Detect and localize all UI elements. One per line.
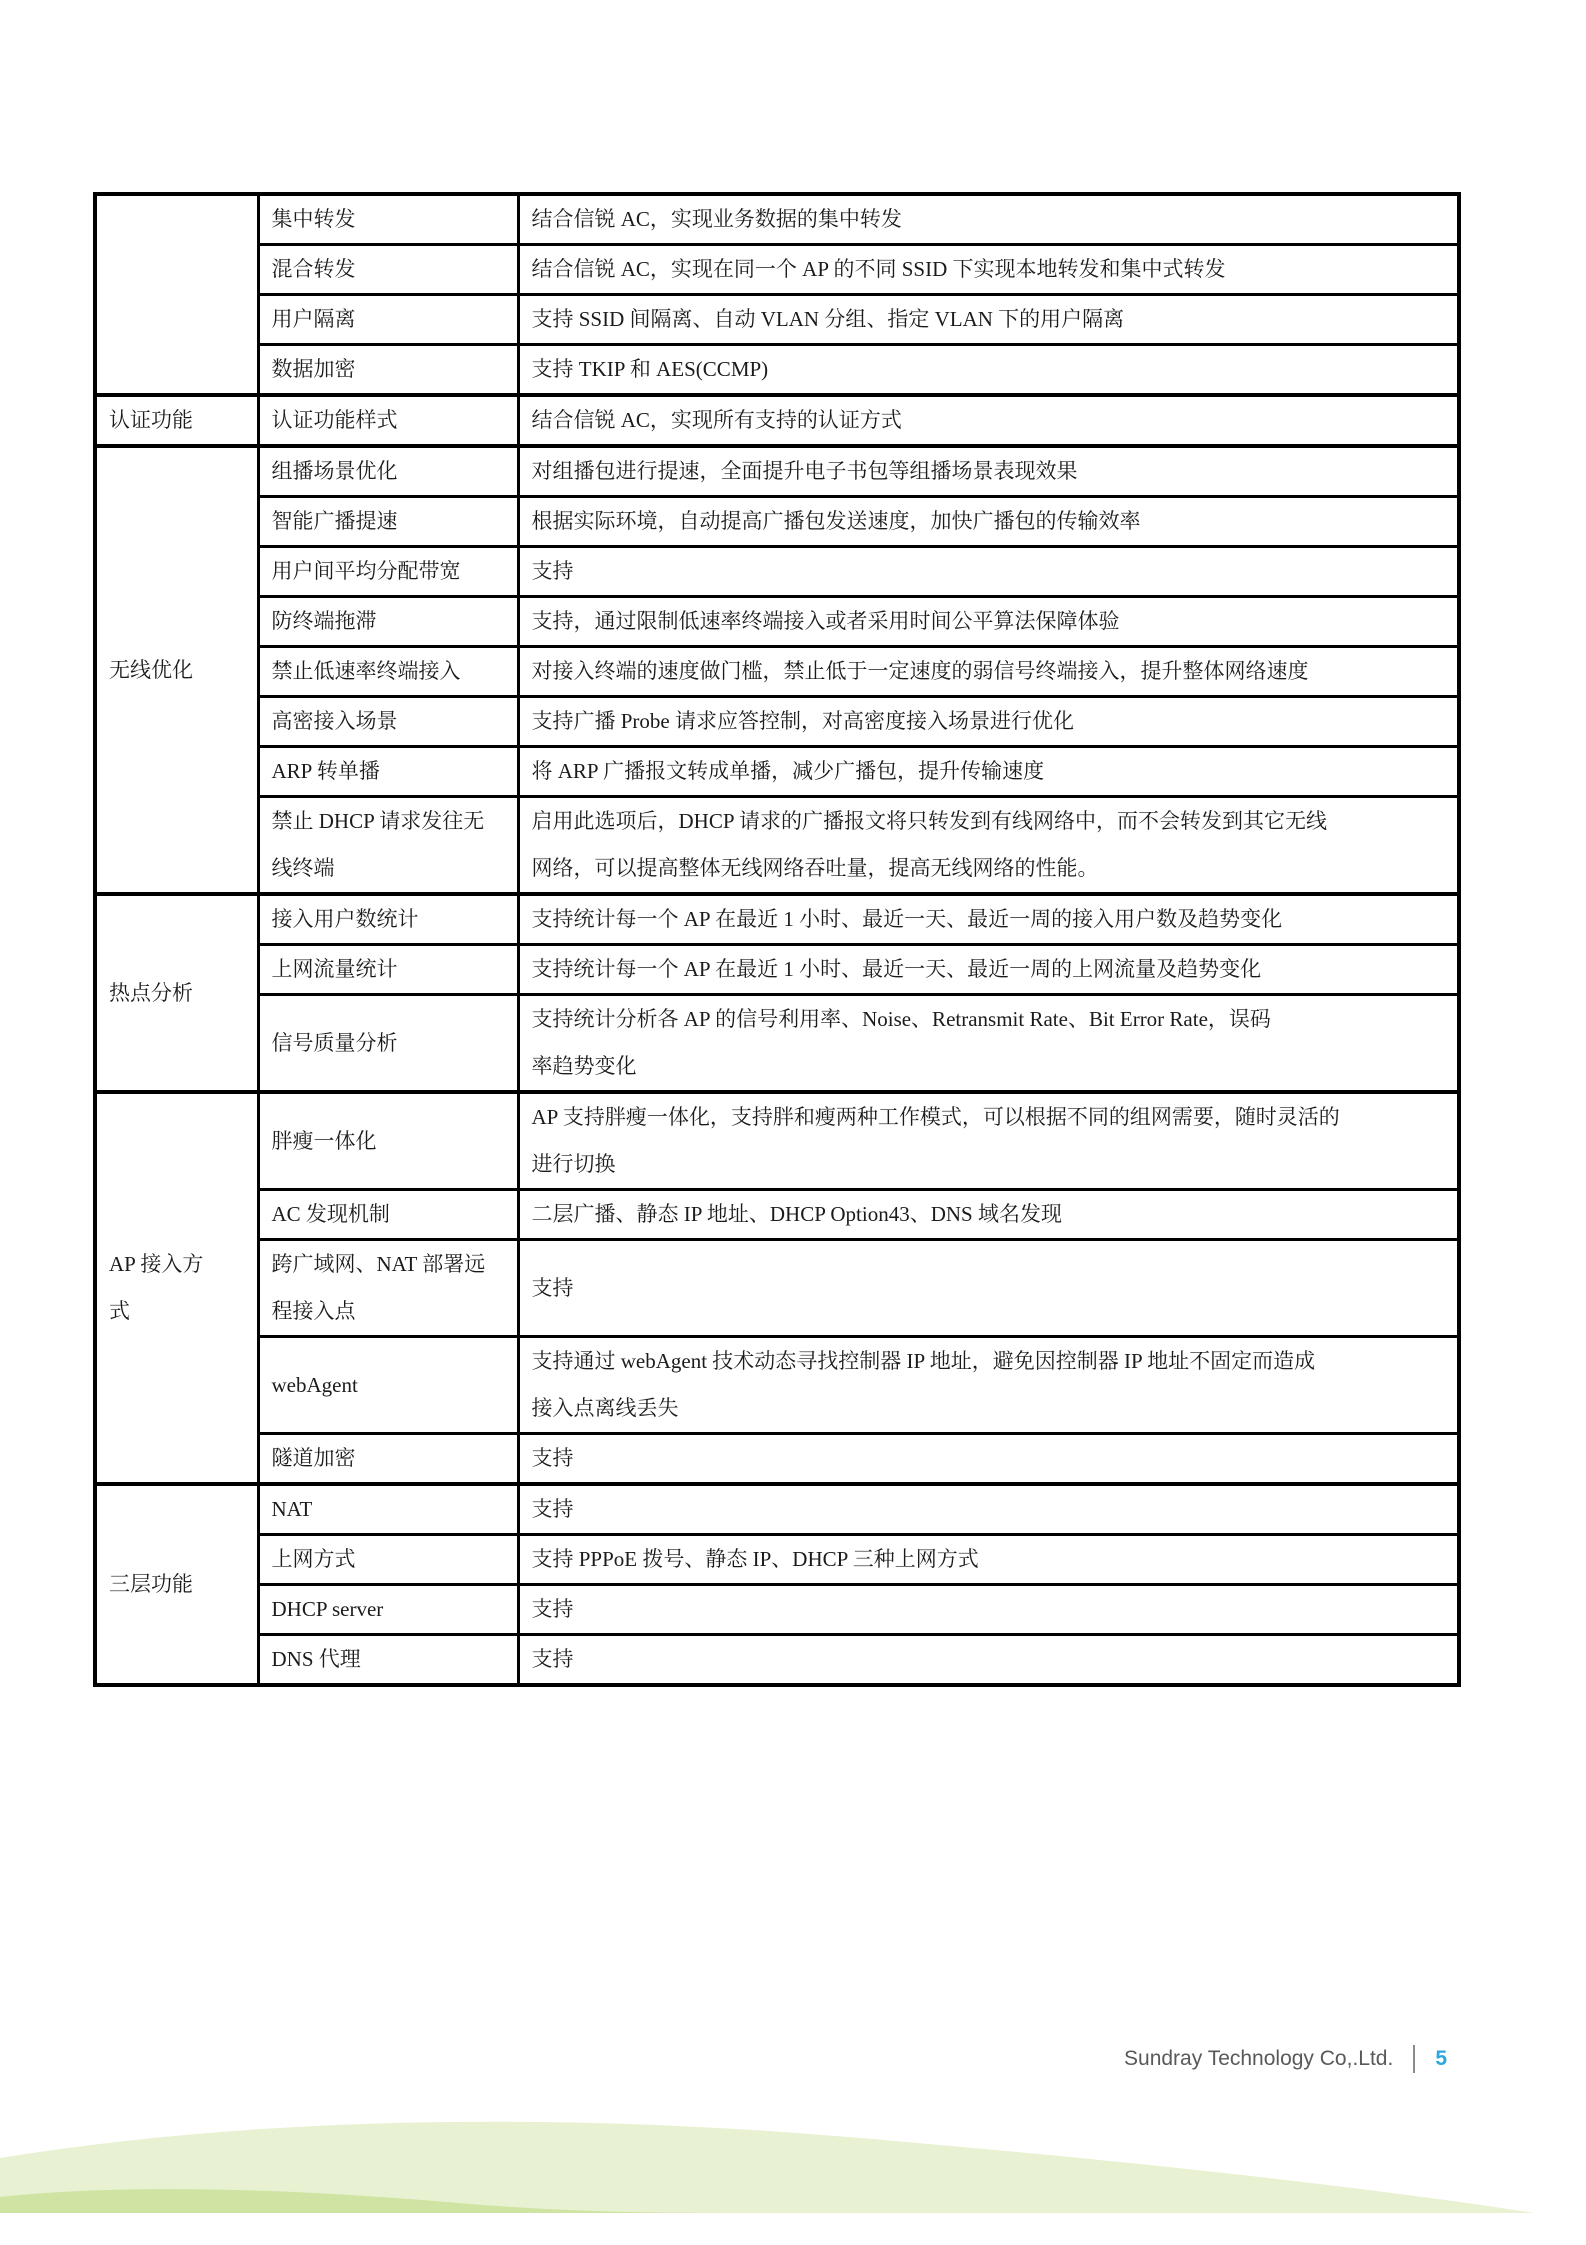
table-row: 禁止低速率终端接入对接入终端的速度做门槛，禁止低于一定速度的弱信号终端接入，提升…: [95, 647, 1459, 697]
table-section: 热点分析接入用户数统计支持统计每一个 AP 在最近 1 小时、最近一天、最近一周…: [95, 894, 1459, 1092]
category-cell: 热点分析: [95, 894, 258, 1092]
table-row: webAgent支持通过 webAgent 技术动态寻找控制器 IP 地址，避免…: [95, 1337, 1459, 1434]
description-cell: 启用此选项后，DHCP 请求的广播报文将只转发到有线网络中，而不会转发到其它无线…: [518, 797, 1459, 895]
table-row: 防终端拖滞支持，通过限制低速率终端接入或者采用时间公平算法保障体验: [95, 597, 1459, 647]
table-row: 上网流量统计支持统计每一个 AP 在最近 1 小时、最近一天、最近一周的上网流量…: [95, 945, 1459, 995]
bottom-wave-decoration: [0, 2100, 1586, 2245]
feature-cell: DHCP server: [258, 1585, 518, 1635]
company-name: Sundray Technology Co,.Ltd.: [1124, 2047, 1393, 2071]
feature-cell: 集中转发: [258, 194, 518, 245]
feature-cell: 智能广播提速: [258, 497, 518, 547]
description-cell: 支持统计每一个 AP 在最近 1 小时、最近一天、最近一周的上网流量及趋势变化: [518, 945, 1459, 995]
description-cell: 支持: [518, 1434, 1459, 1485]
table-row: 数据加密支持 TKIP 和 AES(CCMP): [95, 345, 1459, 396]
table-row: 集中转发结合信锐 AC，实现业务数据的集中转发: [95, 194, 1459, 245]
table-row: 高密接入场景支持广播 Probe 请求应答控制，对高密度接入场景进行优化: [95, 697, 1459, 747]
table-row: 混合转发结合信锐 AC，实现在同一个 AP 的不同 SSID 下实现本地转发和集…: [95, 245, 1459, 295]
table-row: 信号质量分析支持统计分析各 AP 的信号利用率、Noise、Retransmit…: [95, 995, 1459, 1093]
feature-cell: 用户隔离: [258, 295, 518, 345]
table-row: 跨广域网、NAT 部署远 程接入点支持: [95, 1240, 1459, 1337]
feature-cell: 上网流量统计: [258, 945, 518, 995]
table-row: 禁止 DHCP 请求发往无 线终端启用此选项后，DHCP 请求的广播报文将只转发…: [95, 797, 1459, 895]
description-cell: 结合信锐 AC，实现业务数据的集中转发: [518, 194, 1459, 245]
document-page: 集中转发结合信锐 AC，实现业务数据的集中转发混合转发结合信锐 AC，实现在同一…: [0, 0, 1586, 2245]
feature-cell: 混合转发: [258, 245, 518, 295]
table-section: 集中转发结合信锐 AC，实现业务数据的集中转发混合转发结合信锐 AC，实现在同一…: [95, 194, 1459, 395]
table-row: DHCP server支持: [95, 1585, 1459, 1635]
feature-cell: 隧道加密: [258, 1434, 518, 1485]
table-section: AP 接入方 式胖瘦一体化AP 支持胖瘦一体化，支持胖和瘦两种工作模式，可以根据…: [95, 1092, 1459, 1484]
description-cell: 支持 TKIP 和 AES(CCMP): [518, 345, 1459, 396]
description-cell: 支持: [518, 1240, 1459, 1337]
feature-cell: 信号质量分析: [258, 995, 518, 1093]
table-row: ARP 转单播将 ARP 广播报文转成单播，减少广播包，提升传输速度: [95, 747, 1459, 797]
table-row: 热点分析接入用户数统计支持统计每一个 AP 在最近 1 小时、最近一天、最近一周…: [95, 894, 1459, 945]
feature-cell: 接入用户数统计: [258, 894, 518, 945]
category-cell: AP 接入方 式: [95, 1092, 258, 1484]
feature-cell: 胖瘦一体化: [258, 1092, 518, 1190]
page-number: 5: [1435, 2047, 1447, 2071]
feature-cell: 跨广域网、NAT 部署远 程接入点: [258, 1240, 518, 1337]
table-row: 上网方式支持 PPPoE 拨号、静态 IP、DHCP 三种上网方式: [95, 1535, 1459, 1585]
description-cell: 二层广播、静态 IP 地址、DHCP Option43、DNS 域名发现: [518, 1190, 1459, 1240]
feature-cell: 数据加密: [258, 345, 518, 396]
table-row: DNS 代理支持: [95, 1635, 1459, 1686]
description-cell: 支持: [518, 1484, 1459, 1535]
table-section: 无线优化组播场景优化对组播包进行提速，全面提升电子书包等组播场景表现效果智能广播…: [95, 446, 1459, 894]
feature-cell: ARP 转单播: [258, 747, 518, 797]
feature-cell: 防终端拖滞: [258, 597, 518, 647]
feature-cell: DNS 代理: [258, 1635, 518, 1686]
table-row: 三层功能NAT支持: [95, 1484, 1459, 1535]
table-row: 用户隔离支持 SSID 间隔离、自动 VLAN 分组、指定 VLAN 下的用户隔…: [95, 295, 1459, 345]
description-cell: 支持: [518, 1635, 1459, 1686]
description-cell: 支持: [518, 547, 1459, 597]
table-section: 认证功能认证功能样式结合信锐 AC，实现所有支持的认证方式: [95, 395, 1459, 446]
footer-divider: [1413, 2045, 1415, 2073]
description-cell: 将 ARP 广播报文转成单播，减少广播包，提升传输速度: [518, 747, 1459, 797]
page-footer: Sundray Technology Co,.Ltd. 5: [0, 2045, 1447, 2073]
description-cell: 对组播包进行提速，全面提升电子书包等组播场景表现效果: [518, 446, 1459, 497]
description-cell: 支持: [518, 1585, 1459, 1635]
feature-cell: 组播场景优化: [258, 446, 518, 497]
feature-cell: webAgent: [258, 1337, 518, 1434]
description-cell: 支持统计分析各 AP 的信号利用率、Noise、Retransmit Rate、…: [518, 995, 1459, 1093]
table-section: 三层功能NAT支持上网方式支持 PPPoE 拨号、静态 IP、DHCP 三种上网…: [95, 1484, 1459, 1685]
category-cell: [95, 194, 258, 395]
feature-spec-table: 集中转发结合信锐 AC，实现业务数据的集中转发混合转发结合信锐 AC，实现在同一…: [93, 192, 1461, 1687]
category-cell: 无线优化: [95, 446, 258, 894]
table-row: 认证功能认证功能样式结合信锐 AC，实现所有支持的认证方式: [95, 395, 1459, 446]
description-cell: 结合信锐 AC，实现在同一个 AP 的不同 SSID 下实现本地转发和集中式转发: [518, 245, 1459, 295]
table-row: 无线优化组播场景优化对组播包进行提速，全面提升电子书包等组播场景表现效果: [95, 446, 1459, 497]
description-cell: 支持通过 webAgent 技术动态寻找控制器 IP 地址，避免因控制器 IP …: [518, 1337, 1459, 1434]
table-row: 用户间平均分配带宽支持: [95, 547, 1459, 597]
description-cell: 根据实际环境，自动提高广播包发送速度，加快广播包的传输效率: [518, 497, 1459, 547]
table-row: 智能广播提速根据实际环境，自动提高广播包发送速度，加快广播包的传输效率: [95, 497, 1459, 547]
description-cell: 支持，通过限制低速率终端接入或者采用时间公平算法保障体验: [518, 597, 1459, 647]
description-cell: AP 支持胖瘦一体化，支持胖和瘦两种工作模式，可以根据不同的组网需要，随时灵活的…: [518, 1092, 1459, 1190]
feature-cell: 认证功能样式: [258, 395, 518, 446]
table-row: AP 接入方 式胖瘦一体化AP 支持胖瘦一体化，支持胖和瘦两种工作模式，可以根据…: [95, 1092, 1459, 1190]
description-cell: 对接入终端的速度做门槛，禁止低于一定速度的弱信号终端接入，提升整体网络速度: [518, 647, 1459, 697]
description-cell: 支持 PPPoE 拨号、静态 IP、DHCP 三种上网方式: [518, 1535, 1459, 1585]
feature-cell: NAT: [258, 1484, 518, 1535]
feature-cell: 禁止 DHCP 请求发往无 线终端: [258, 797, 518, 895]
category-cell: 认证功能: [95, 395, 258, 446]
feature-cell: 高密接入场景: [258, 697, 518, 747]
feature-cell: 上网方式: [258, 1535, 518, 1585]
feature-cell: AC 发现机制: [258, 1190, 518, 1240]
description-cell: 支持统计每一个 AP 在最近 1 小时、最近一天、最近一周的接入用户数及趋势变化: [518, 894, 1459, 945]
table-row: AC 发现机制二层广播、静态 IP 地址、DHCP Option43、DNS 域…: [95, 1190, 1459, 1240]
feature-cell: 禁止低速率终端接入: [258, 647, 518, 697]
description-cell: 结合信锐 AC，实现所有支持的认证方式: [518, 395, 1459, 446]
category-cell: 三层功能: [95, 1484, 258, 1685]
table-row: 隧道加密支持: [95, 1434, 1459, 1485]
description-cell: 支持 SSID 间隔离、自动 VLAN 分组、指定 VLAN 下的用户隔离: [518, 295, 1459, 345]
description-cell: 支持广播 Probe 请求应答控制，对高密度接入场景进行优化: [518, 697, 1459, 747]
feature-cell: 用户间平均分配带宽: [258, 547, 518, 597]
